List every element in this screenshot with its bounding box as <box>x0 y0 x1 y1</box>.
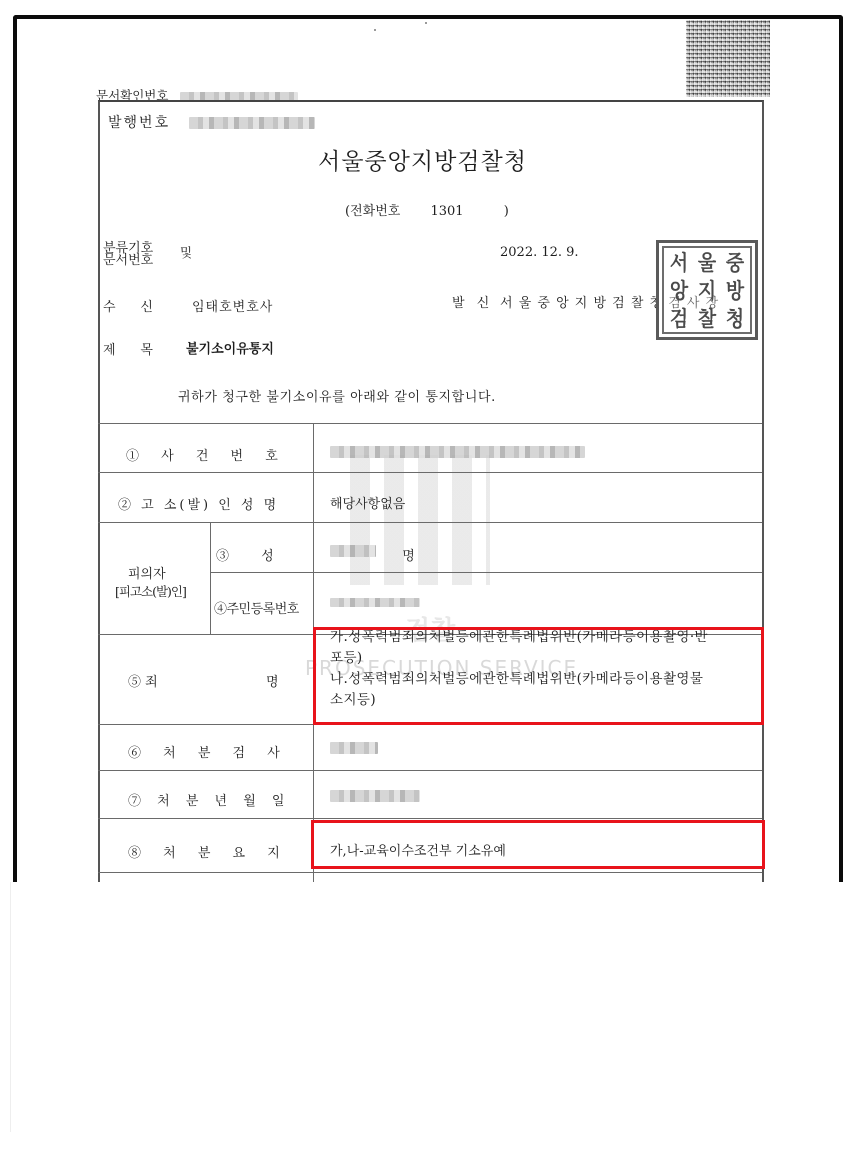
seal-char: 중 <box>722 249 747 277</box>
table-column-divider <box>210 522 211 634</box>
highlight-offense <box>313 627 764 725</box>
phone-line: (전화번호 1301 ) <box>345 200 509 219</box>
table-rule <box>98 872 762 873</box>
offense-label: ⑤ 죄 <box>128 671 158 690</box>
disposition-summary-label: ⑧ 처 분 요 지 <box>128 842 289 861</box>
seal-char: 울 <box>694 249 719 277</box>
phone-label: (전화번호 <box>345 204 400 219</box>
seal-char: 찰 <box>694 305 719 333</box>
disposition-date-label: ⑦ 처 분 년 월 일 <box>128 790 290 809</box>
resident-number-redacted <box>330 598 420 607</box>
seal-char: 검 <box>666 305 691 333</box>
subject-value: 불기소이유통지 <box>186 338 274 357</box>
watermark-logo <box>350 455 490 585</box>
blank-area <box>0 882 856 1152</box>
case-number-label: ① 사 건 번 호 <box>126 445 287 464</box>
qr-code <box>686 20 770 97</box>
phone-number: 1301 <box>430 204 463 219</box>
seal-char: 지 <box>694 277 719 305</box>
suspect-name-label: ③ 성 명 <box>216 545 415 564</box>
highlight-disposition <box>311 820 765 869</box>
classification-and: 및 <box>180 243 192 261</box>
disposition-date-redacted <box>330 790 420 802</box>
sender-label: 발 신 <box>452 292 493 311</box>
seal-char: 앙 <box>666 277 691 305</box>
resident-number-label: ④주민등록번호 <box>214 598 299 617</box>
agency-title: 서울중앙지방검찰청 <box>318 143 527 176</box>
official-seal: 서 울 중 앙 지 방 검 찰 청 <box>656 240 758 340</box>
complainant-label: ② 고 소(발) 인 성 명 <box>118 494 279 513</box>
seal-char: 청 <box>722 305 747 333</box>
table-rule <box>98 423 762 424</box>
suspect-name-redacted <box>330 545 376 557</box>
recipient-label: 수 신 <box>103 296 153 315</box>
document-date: 2022. 12. 9. <box>500 245 579 260</box>
phone-close: ) <box>504 204 509 219</box>
prosecutor-redacted <box>330 742 378 754</box>
table-rule <box>210 572 762 573</box>
seal-char: 방 <box>722 277 747 305</box>
suspect-group-label-line2: [피고소(발)인] <box>115 582 186 600</box>
complainant-value: 해당사항없음 <box>330 493 405 512</box>
scan-speck <box>425 22 427 24</box>
subject-label: 제 목 <box>103 339 153 358</box>
suspect-group-label-line1: 피의자 <box>128 563 166 582</box>
case-number-redacted <box>330 446 585 458</box>
issue-number-field: 발행번호 <box>108 112 315 132</box>
table-rule <box>98 770 762 771</box>
offense-label-tail: 명 <box>266 671 279 690</box>
scan-speck <box>374 29 376 31</box>
classification-label-line2: 문서번호 <box>103 255 153 267</box>
page-edge <box>10 882 11 1132</box>
table-rule <box>98 522 762 523</box>
intro-sentence: 귀하가 청구한 불기소이유를 아래와 같이 통지합니다. <box>178 386 496 405</box>
prosecutor-label: ⑥ 처 분 검 사 <box>128 742 289 761</box>
recipient-value: 임태호변호사 <box>192 296 273 315</box>
issue-number-label: 발행번호 <box>108 115 170 131</box>
table-rule <box>98 818 762 819</box>
issue-number-redacted <box>189 117 315 129</box>
classification-label: 분류기호 문서번호 <box>103 243 153 267</box>
seal-char: 서 <box>666 249 691 277</box>
table-rule <box>98 472 762 473</box>
